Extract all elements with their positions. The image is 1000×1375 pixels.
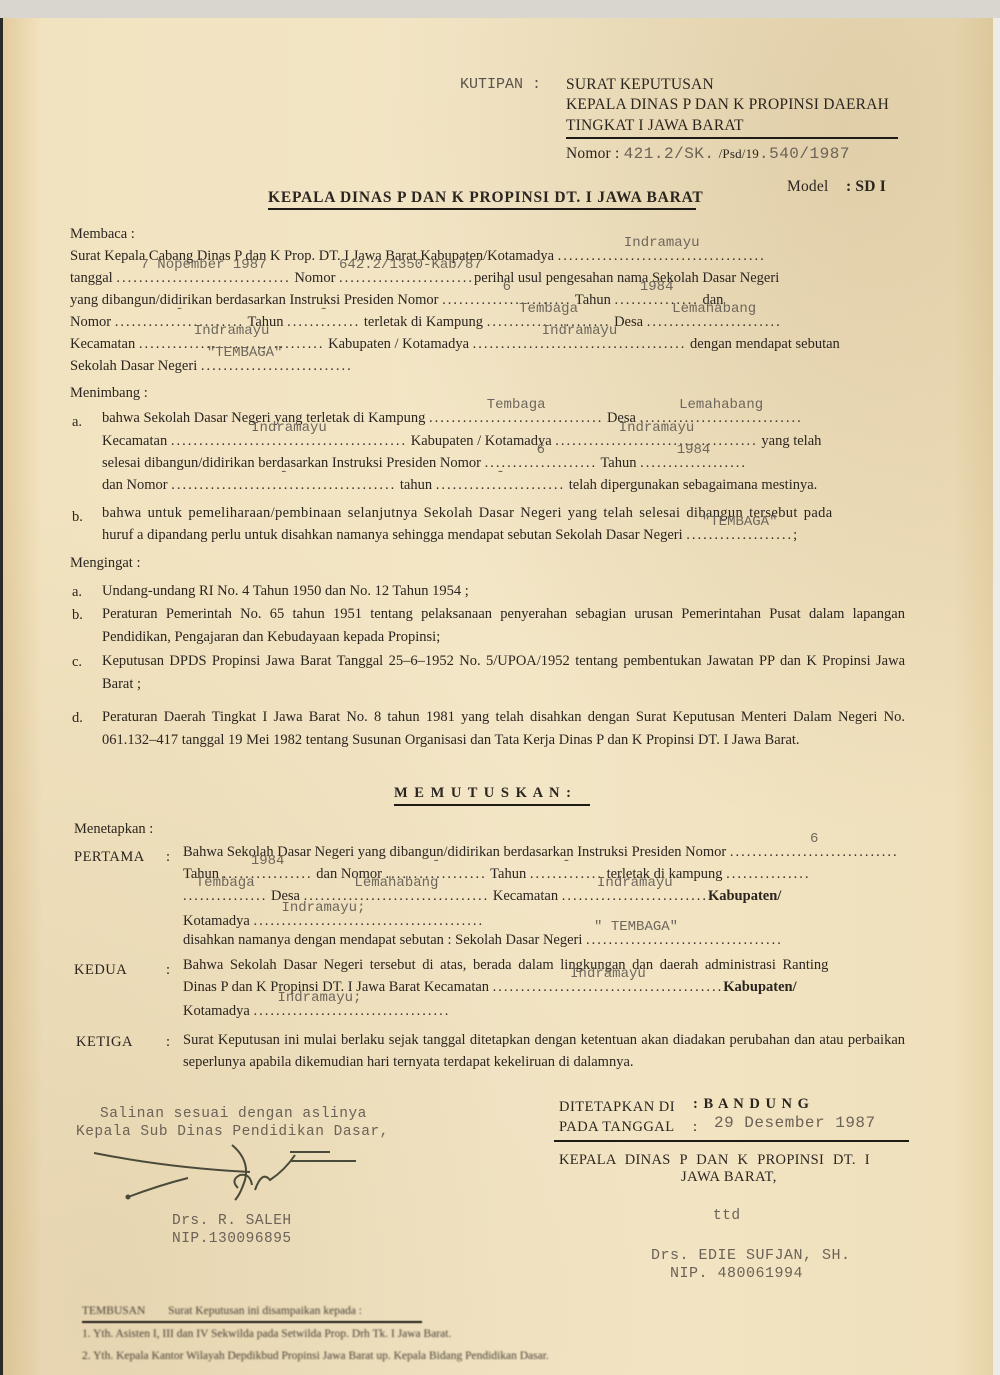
tanggal-separator: : [693, 1119, 697, 1136]
model-value: : SD I [846, 178, 886, 196]
nomor-label: Nomor : [566, 145, 620, 162]
mengingat-item: Peraturan Daerah Tingkat I Jawa Barat No… [102, 706, 905, 752]
mengingat-marker: d. [72, 710, 83, 727]
menimbang-b-line-2: huruf a dipandang perlu untuk disahkan n… [102, 527, 797, 544]
field-value: Indramayu; [281, 900, 484, 916]
kedua-label: KEDUA [74, 962, 127, 979]
label: Tahun [490, 866, 526, 882]
field-kecamatan: ........................................… [493, 979, 724, 996]
field-value: " TEMBAGA" [594, 919, 783, 935]
field-value: 6 [485, 442, 598, 458]
mengingat-marker: c. [72, 654, 82, 671]
nomor-printed-part: /Psd/19 [719, 146, 759, 161]
tembusan-header: TEMBUSAN Surat Keputusan ini disampaikan… [82, 1305, 362, 1317]
ditetapkan-value: : B A N D U N G [693, 1096, 810, 1113]
label: Kotamadya [183, 913, 250, 929]
field-value: - [436, 464, 565, 480]
main-title: KEPALA DINAS P DAN K PROPINSI DT. I JAWA… [268, 189, 704, 207]
mengingat-item: Peraturan Pemerintah No. 65 tahun 1951 t… [102, 603, 905, 649]
field-value: - [530, 853, 603, 869]
tembusan-item-1: 1. Yth. Asisten I, III dan IV Sekwilda p… [82, 1328, 451, 1340]
kutipan-label: KUTIPAN : [460, 76, 541, 93]
tanggal-value: 29 Desember 1987 [714, 1114, 876, 1132]
scan-right-border [993, 18, 1000, 1375]
field-value: Indramayu [555, 420, 758, 436]
field-value: 7 Nopember 1987 [116, 257, 290, 273]
header-title-line-3: TINGKAT I JAWA BARAT [566, 117, 744, 135]
menetapkan-label: Menetapkan : [74, 821, 153, 838]
field-nomor: ........................................… [171, 477, 396, 494]
menimbang-a-line-4: dan Nomor ..............................… [102, 477, 817, 494]
mengingat-heading: Mengingat : [70, 555, 140, 572]
scan-top-border [0, 0, 1000, 18]
menimbang-marker-b: b. [72, 509, 83, 526]
field-value: Indramayu [473, 323, 687, 339]
salinan-line-2: Kepala Sub Dinas Pendidikan Dasar, [76, 1124, 389, 1140]
field-kecamatan: ........................................… [171, 433, 407, 450]
kedua-line-2: Dinas P dan K Propinsi DT. I Jawa Barat … [183, 979, 797, 996]
text: disahkan namanya dengan mendapat sebutan… [183, 932, 582, 948]
pertama-line-5: disahkan namanya dengan mendapat sebutan… [183, 932, 783, 949]
nomor-typed-part-2: .540/1987 [759, 145, 850, 163]
label: Kabupaten/ [708, 888, 781, 904]
right-signatory-name: Drs. EDIE SUFJAN, SH. [651, 1247, 851, 1264]
field-value: - [386, 853, 487, 869]
header-rule [566, 137, 898, 139]
field-value: Indramayu [171, 420, 407, 436]
tembusan-text: Surat Keputusan ini disampaikan kepada : [168, 1305, 362, 1317]
left-signatory-nip: NIP.130096895 [172, 1231, 292, 1247]
field-kecamatan: ..........................Indramayu [562, 888, 708, 905]
menimbang-heading: Menimbang : [70, 385, 148, 402]
field-sebutan: ..........................."TEMBAGA" [201, 358, 353, 375]
field-value: Tembaga [183, 875, 267, 891]
field-value: - [171, 464, 396, 480]
mengingat-marker: a. [72, 584, 82, 601]
field-sebutan: ..................."TEMBAGA" [686, 527, 793, 544]
label: Kecamatan [493, 888, 558, 904]
field-value: Lemahabang [640, 397, 803, 413]
field-sebutan: ..................................." TEM… [586, 932, 783, 949]
field-kabupaten: .....................................Ind… [558, 248, 766, 265]
field-kotamadya: ...................................Indra… [253, 1003, 450, 1020]
ttd-label: ttd [713, 1208, 741, 1224]
mengingat-marker: b. [72, 607, 83, 624]
label: Kecamatan [70, 336, 135, 352]
label: Tahun [600, 455, 636, 471]
kedua-line-3: Kotamadya ..............................… [183, 1003, 450, 1020]
text: ; [793, 527, 797, 543]
field-value: "TEMBAGA" [207, 345, 353, 361]
field-value: 1984 [640, 442, 747, 458]
label: tanggal [70, 270, 113, 286]
tembusan-item-2: 2. Yth. Kepala Kantor Wilayah Depdikbud … [82, 1350, 549, 1362]
field-tanggal: ...............................7 Nopembe… [116, 270, 290, 287]
field-value: 1984 [615, 279, 699, 295]
menimbang-marker-a: a. [72, 414, 82, 431]
tanggal-label: PADA TANGGAL [559, 1119, 675, 1136]
field-value: Indramayu [493, 966, 724, 982]
pertama-label: PERTAMA [74, 849, 145, 866]
field-value: Lemahabang [304, 875, 490, 891]
office-line-2: JAWA BARAT, [681, 1169, 777, 1186]
nomor-line: Nomor : 421.2/SK. /Psd/19.540/1987 [566, 145, 850, 163]
field-value: Tembaga [487, 301, 611, 317]
mengingat-item: Keputusan DPDS Propinsi Jawa Barat Tangg… [102, 650, 905, 696]
membaca-heading: Membaca : [70, 226, 135, 243]
label: Nomor [294, 270, 335, 286]
field-kotamadya: ........................................… [253, 913, 484, 930]
text: yang telah [761, 433, 821, 449]
field-value: Indramayu [139, 323, 325, 339]
field-kampung: ...............Tembaga [183, 888, 267, 905]
field-value: Indramayu [558, 235, 766, 251]
field-value: - [115, 301, 244, 317]
field-tahun2: .......................- [436, 477, 565, 494]
tembusan-label: TEMBUSAN [82, 1305, 145, 1317]
field-value: 6 [442, 279, 571, 295]
label: Sekolah Dasar Negeri [70, 358, 197, 374]
label: Kotamadya [183, 1003, 250, 1019]
membaca-line-5: Kecamatan ..............................… [70, 336, 840, 353]
header-title-line-2: KEPALA DINAS P DAN K PROPINSI DAERAH [566, 96, 889, 114]
main-title-underline [268, 208, 696, 210]
memutuskan-heading: M E M U T U S K A N : [394, 785, 572, 802]
pertama-line-4: Kotamadya ..............................… [183, 913, 484, 930]
field-instruksi-nomor: ..............................6 [730, 844, 899, 861]
model-label: Model [787, 178, 828, 196]
tanggal-rule [554, 1140, 909, 1142]
ketiga-colon: : [166, 1034, 170, 1051]
field-value: 1984 [223, 853, 313, 869]
mengingat-item: Undang-undang RI No. 4 Tahun 1950 dan No… [102, 580, 905, 603]
pertama-colon: : [166, 849, 170, 866]
pertama-line-2: Tahun ................1984 dan Nomor ...… [183, 866, 811, 883]
label: tahun [400, 477, 432, 493]
field-tahun: ...................1984 [640, 455, 747, 472]
field-value: 6 [730, 831, 899, 847]
office-line-1: KEPALA DINAS P DAN K PROPINSI DT. I [559, 1152, 870, 1169]
field-value: Indramayu [562, 875, 708, 891]
kedua-colon: : [166, 962, 170, 979]
field-value: 642.2/1350-Kab/87 [339, 257, 474, 273]
text: telah dipergunakan sebagaimana mestinya. [569, 477, 818, 493]
memutuskan-underline [394, 804, 590, 806]
ketiga-text: Surat Keputusan ini mulai berlaku sejak … [183, 1029, 905, 1073]
text: huruf a dipandang perlu untuk disahkan n… [102, 527, 683, 543]
field-value: - [287, 301, 360, 317]
ditetapkan-label: DITETAPKAN DI [559, 1099, 675, 1116]
label: Kabupaten/ [723, 979, 796, 995]
field-value: "TEMBAGA" [686, 514, 793, 530]
field-value: Indramayu; [277, 990, 450, 1006]
membaca-line-6: Sekolah Dasar Negeri ...................… [70, 358, 353, 375]
label: Kecamatan [102, 433, 167, 449]
tembusan-rule [82, 1321, 422, 1323]
right-signatory-nip: NIP. 480061994 [670, 1265, 803, 1282]
label: dan Nomor [102, 477, 168, 493]
field-value: Tembaga [429, 397, 603, 413]
label: Nomor [70, 314, 111, 330]
signature-stroke [290, 1160, 356, 1162]
field-value: Lemahabang [647, 301, 782, 317]
field-kabupaten2: ......................................In… [473, 336, 687, 353]
salinan-line-1: Salinan sesuai dengan aslinya [100, 1106, 367, 1122]
label: terletak di Kampung [364, 314, 483, 330]
left-signatory-name: Drs. R. SALEH [172, 1213, 292, 1229]
ketiga-label: KETIGA [76, 1034, 133, 1051]
header-title-line-1: SURAT KEPUTUSAN [566, 76, 714, 94]
text: dengan mendapat sebutan [690, 336, 840, 352]
nomor-typed-part-1: 421.2/SK. [624, 145, 715, 163]
